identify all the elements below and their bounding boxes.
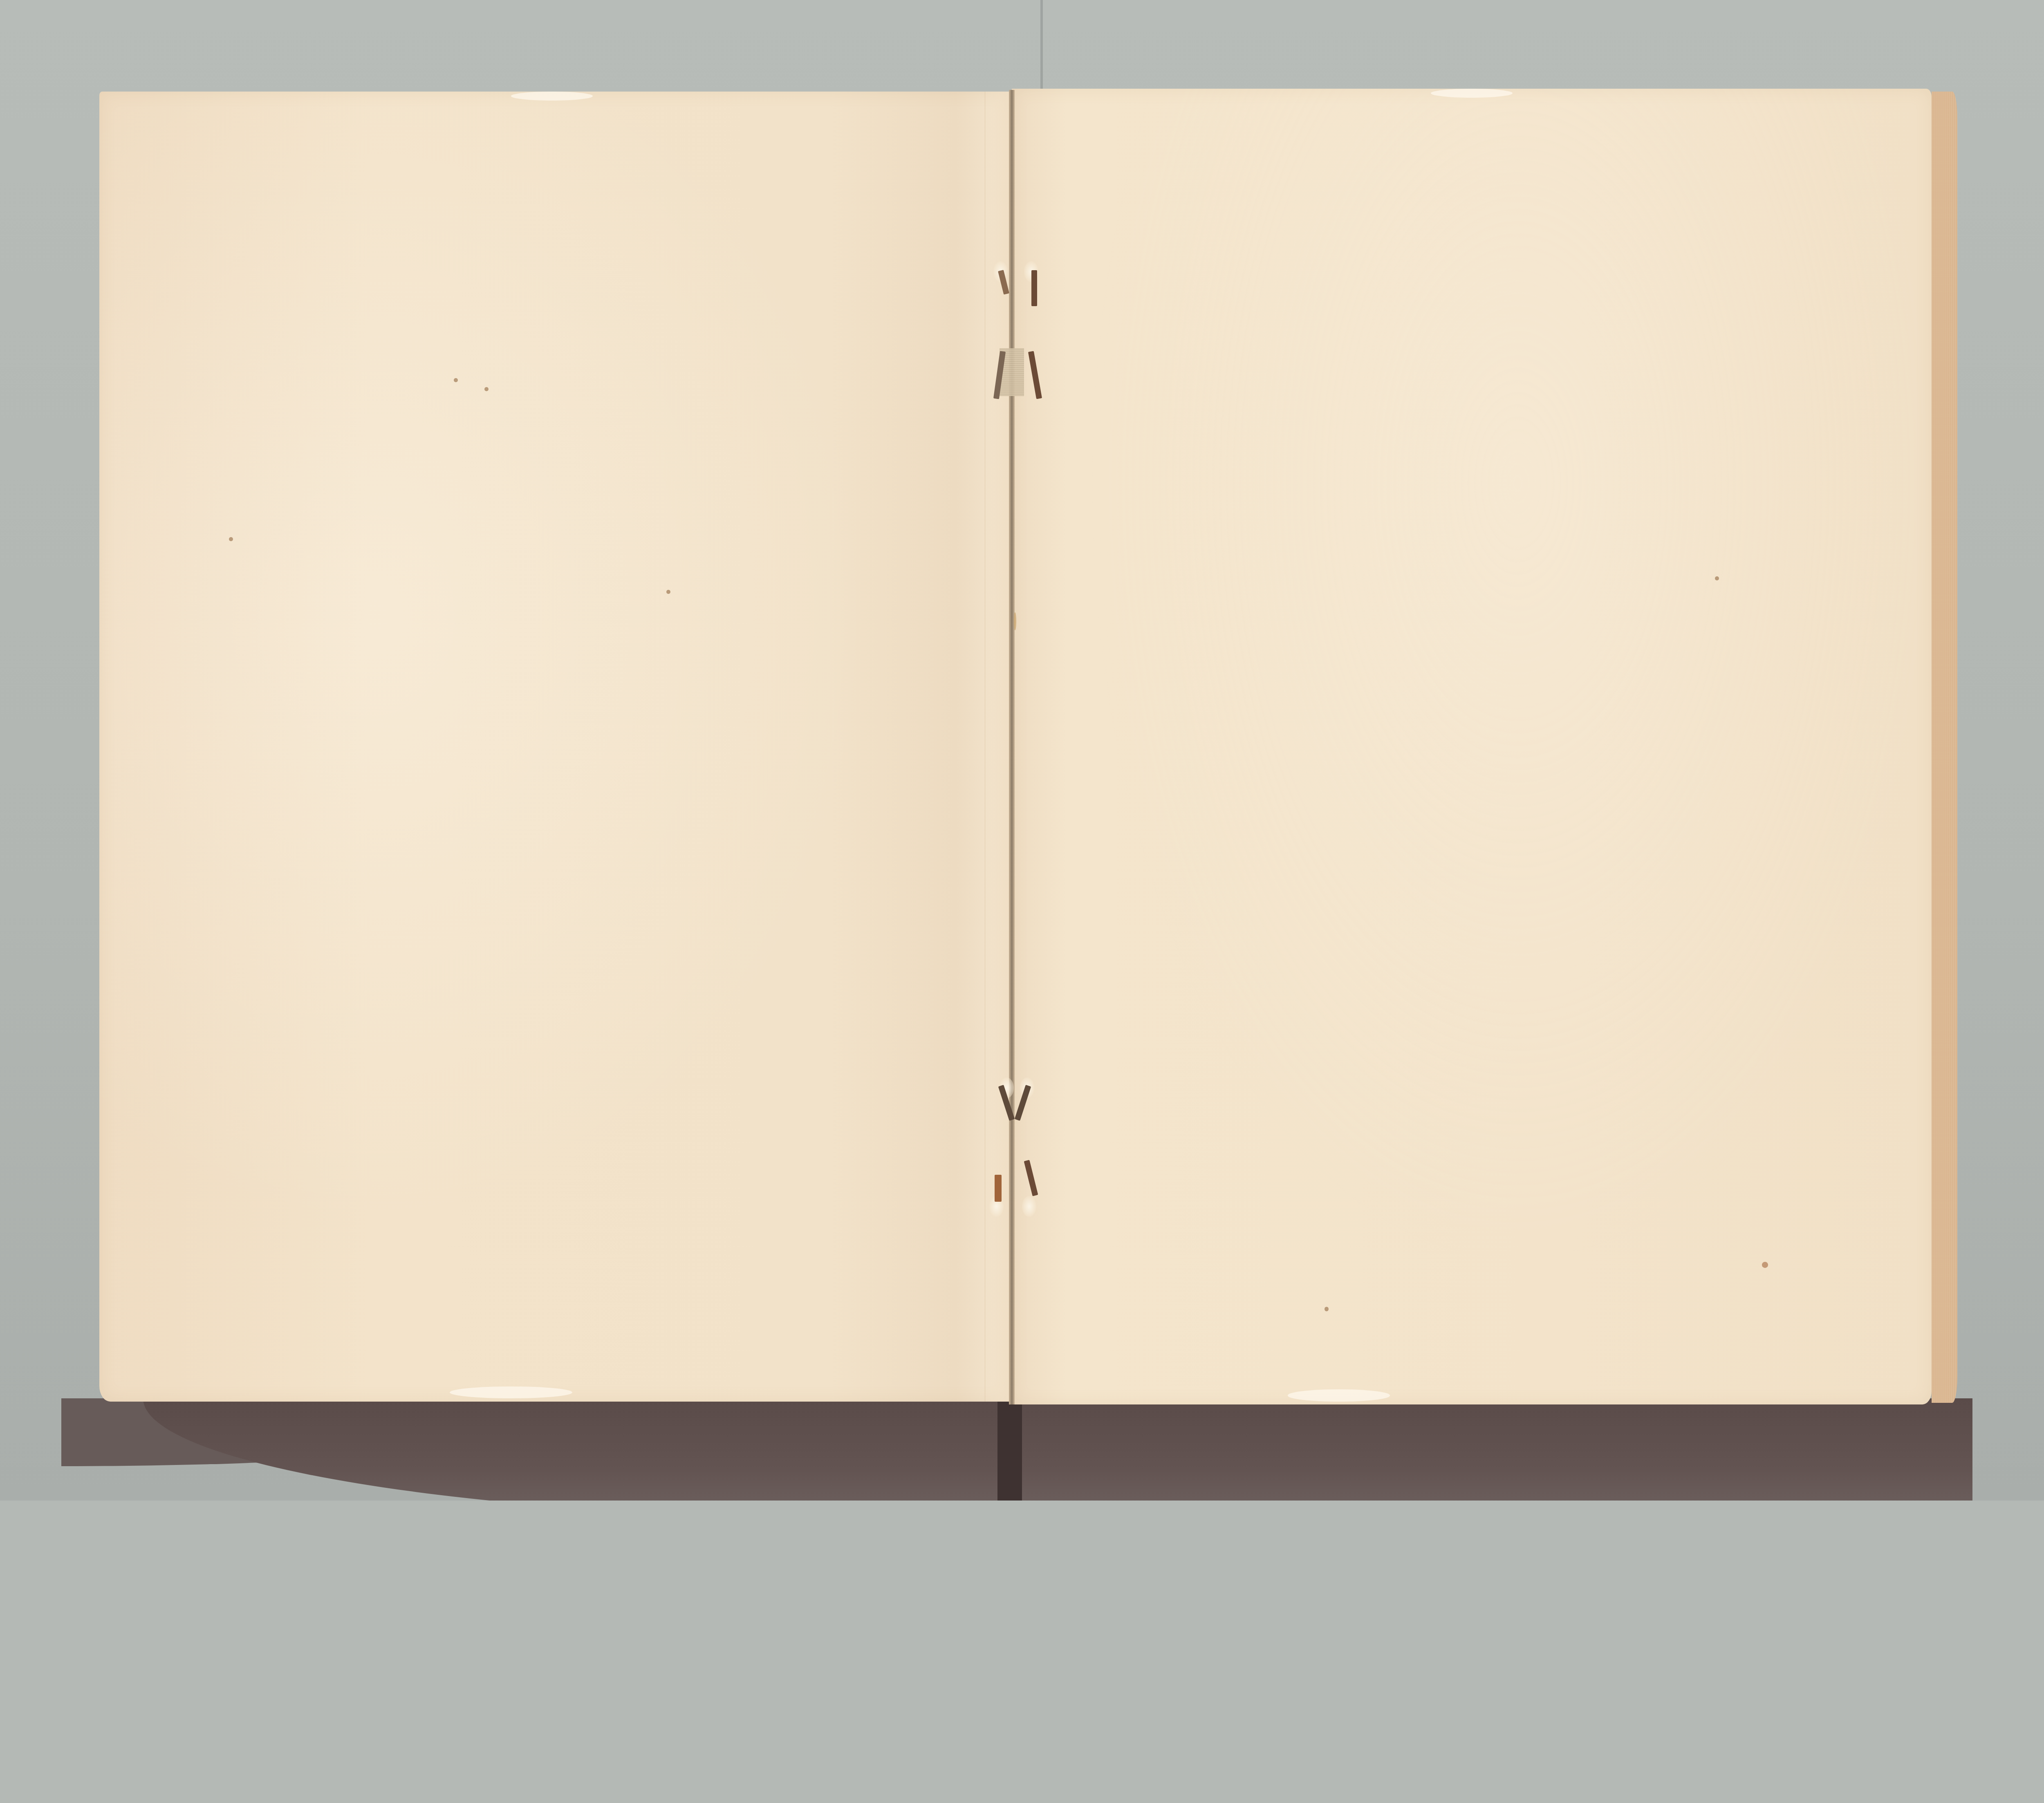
foxing-spot: [1762, 1262, 1768, 1268]
page-block-edges: [1932, 92, 1957, 1403]
spine-shadow: [997, 1395, 1022, 1501]
book-gutter: [1009, 90, 1015, 1404]
book-shadow: [143, 1398, 1972, 1501]
staple-hole: [1022, 1196, 1036, 1217]
right-page: [1012, 89, 1932, 1404]
page-edge-highlight: [511, 92, 593, 101]
foxing-spot: [1325, 1307, 1329, 1311]
left-page: [99, 92, 1011, 1402]
rust-stain-icon: [995, 1175, 1002, 1202]
book-photo-scene: [0, 0, 2044, 1501]
page-edge-highlight: [1431, 89, 1513, 98]
page-edge-highlight: [1288, 1389, 1390, 1401]
foxing-mark: [1014, 612, 1016, 630]
foxing-spot: [1715, 576, 1719, 580]
background-crease: [1040, 0, 1043, 90]
staple-icon: [1031, 270, 1037, 306]
foxing-spot: [666, 590, 670, 594]
